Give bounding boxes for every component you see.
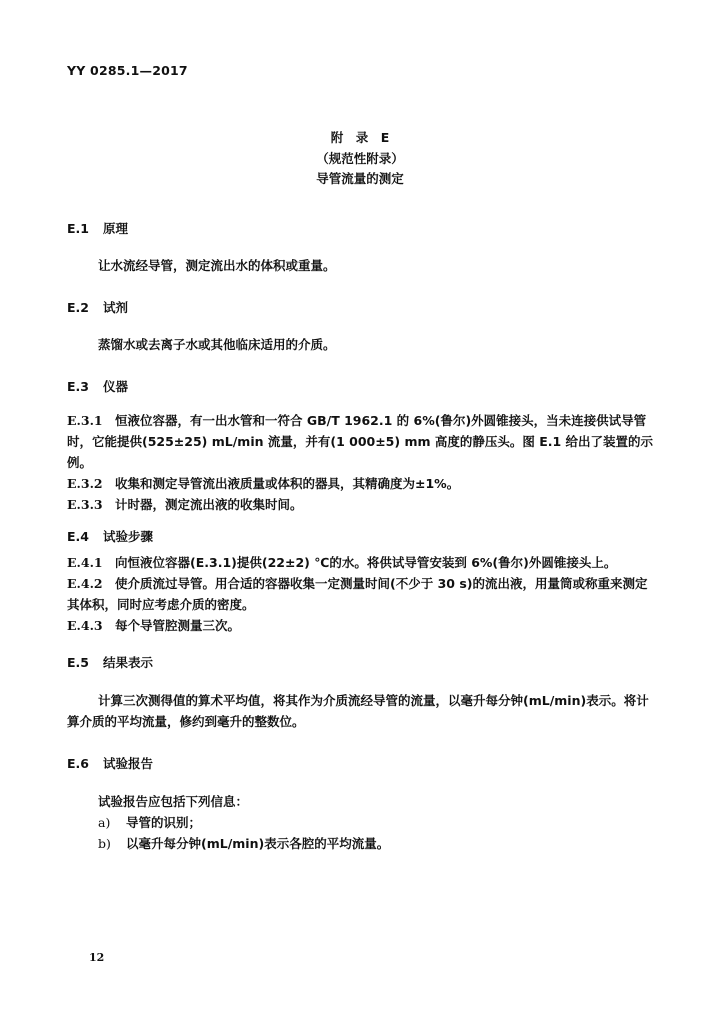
clause-number: E.4.1 bbox=[67, 552, 115, 573]
list-item: b)以毫升每分钟(mL/min)表示各腔的平均流量。 bbox=[98, 833, 389, 854]
clause-text: 使介质流过导管。用合适的容器收集一定测量时间(不少于 30 s)的流出液，用量筒… bbox=[67, 576, 647, 612]
list-marker: a) bbox=[98, 812, 126, 833]
section-heading-e2: E.2试剂 bbox=[67, 298, 128, 316]
section-text-e5: 计算三次测得值的算术平均值，将其作为介质流经导管的流量，以毫升每分钟(mL/mi… bbox=[67, 690, 657, 732]
clause-text: 计时器，测定流出液的收集时间。 bbox=[115, 497, 303, 512]
section-title: 试验报告 bbox=[103, 756, 153, 771]
section-title: 仪器 bbox=[103, 379, 128, 394]
appendix-type: （规范性附录） bbox=[0, 149, 720, 167]
appendix-title: 导管流量的测定 bbox=[0, 169, 720, 187]
clause-e3-2: E.3.2收集和测定导管流出液质量或体积的器具，其精确度为±1%。 bbox=[67, 473, 657, 494]
clause-number: E.3.1 bbox=[67, 410, 115, 431]
clause-text: 每个导管腔测量三次。 bbox=[115, 618, 240, 633]
section-heading-e3: E.3仪器 bbox=[67, 377, 128, 395]
section-heading-e5: E.5结果表示 bbox=[67, 653, 153, 671]
section-heading-e4: E.4试验步骤 bbox=[67, 527, 153, 545]
clause-e3-1: E.3.1恒液位容器，有一出水管和一符合 GB/T 1962.1 的 6%(鲁尔… bbox=[67, 410, 657, 473]
clause-number: E.3.2 bbox=[67, 473, 115, 494]
report-intro: 试验报告应包括下列信息： bbox=[98, 791, 248, 812]
clause-number: E.3.3 bbox=[67, 494, 115, 515]
section-title: 试验步骤 bbox=[103, 529, 153, 544]
section-text-e2: 蒸馏水或去离子水或其他临床适用的介质。 bbox=[67, 334, 657, 355]
page-number: 12 bbox=[89, 951, 104, 964]
clause-number: E.4.3 bbox=[67, 615, 115, 636]
list-marker: b) bbox=[98, 833, 126, 854]
section-number: E.6 bbox=[67, 756, 103, 771]
section-heading-e6: E.6试验报告 bbox=[67, 754, 153, 772]
section-number: E.5 bbox=[67, 655, 103, 670]
clause-e4-1: E.4.1向恒液位容器(E.3.1)提供(22±2) ℃的水。将供试导管安装到 … bbox=[67, 552, 657, 573]
section-number: E.1 bbox=[67, 221, 103, 236]
clause-text: 收集和测定导管流出液质量或体积的器具，其精确度为±1%。 bbox=[115, 476, 459, 491]
clause-text: 向恒液位容器(E.3.1)提供(22±2) ℃的水。将供试导管安装到 6%(鲁尔… bbox=[115, 555, 616, 570]
clause-e4-2: E.4.2使介质流过导管。用合适的容器收集一定测量时间(不少于 30 s)的流出… bbox=[67, 573, 657, 615]
document-page: YY 0285.1—2017 附 录 E （规范性附录） 导管流量的测定 E.1… bbox=[0, 0, 720, 1016]
clause-number: E.4.2 bbox=[67, 573, 115, 594]
clause-e3-3: E.3.3计时器，测定流出液的收集时间。 bbox=[67, 494, 657, 515]
list-item-text: 以毫升每分钟(mL/min)表示各腔的平均流量。 bbox=[126, 836, 389, 851]
section-title: 结果表示 bbox=[103, 655, 153, 670]
list-item: a)导管的识别； bbox=[98, 812, 201, 833]
clause-e4-3: E.4.3每个导管腔测量三次。 bbox=[67, 615, 657, 636]
list-item-text: 导管的识别； bbox=[126, 815, 201, 830]
section-text-e1: 让水流经导管，测定流出水的体积或重量。 bbox=[67, 255, 657, 276]
appendix-label: 附 录 E bbox=[0, 128, 720, 146]
section-heading-e1: E.1原理 bbox=[67, 219, 128, 237]
clause-text: 恒液位容器，有一出水管和一符合 GB/T 1962.1 的 6%(鲁尔)外圆锥接… bbox=[67, 413, 653, 470]
section-title: 原理 bbox=[103, 221, 128, 236]
section-title: 试剂 bbox=[103, 300, 128, 315]
section-number: E.2 bbox=[67, 300, 103, 315]
standard-code: YY 0285.1—2017 bbox=[67, 63, 188, 78]
section-number: E.4 bbox=[67, 529, 103, 544]
section-number: E.3 bbox=[67, 379, 103, 394]
